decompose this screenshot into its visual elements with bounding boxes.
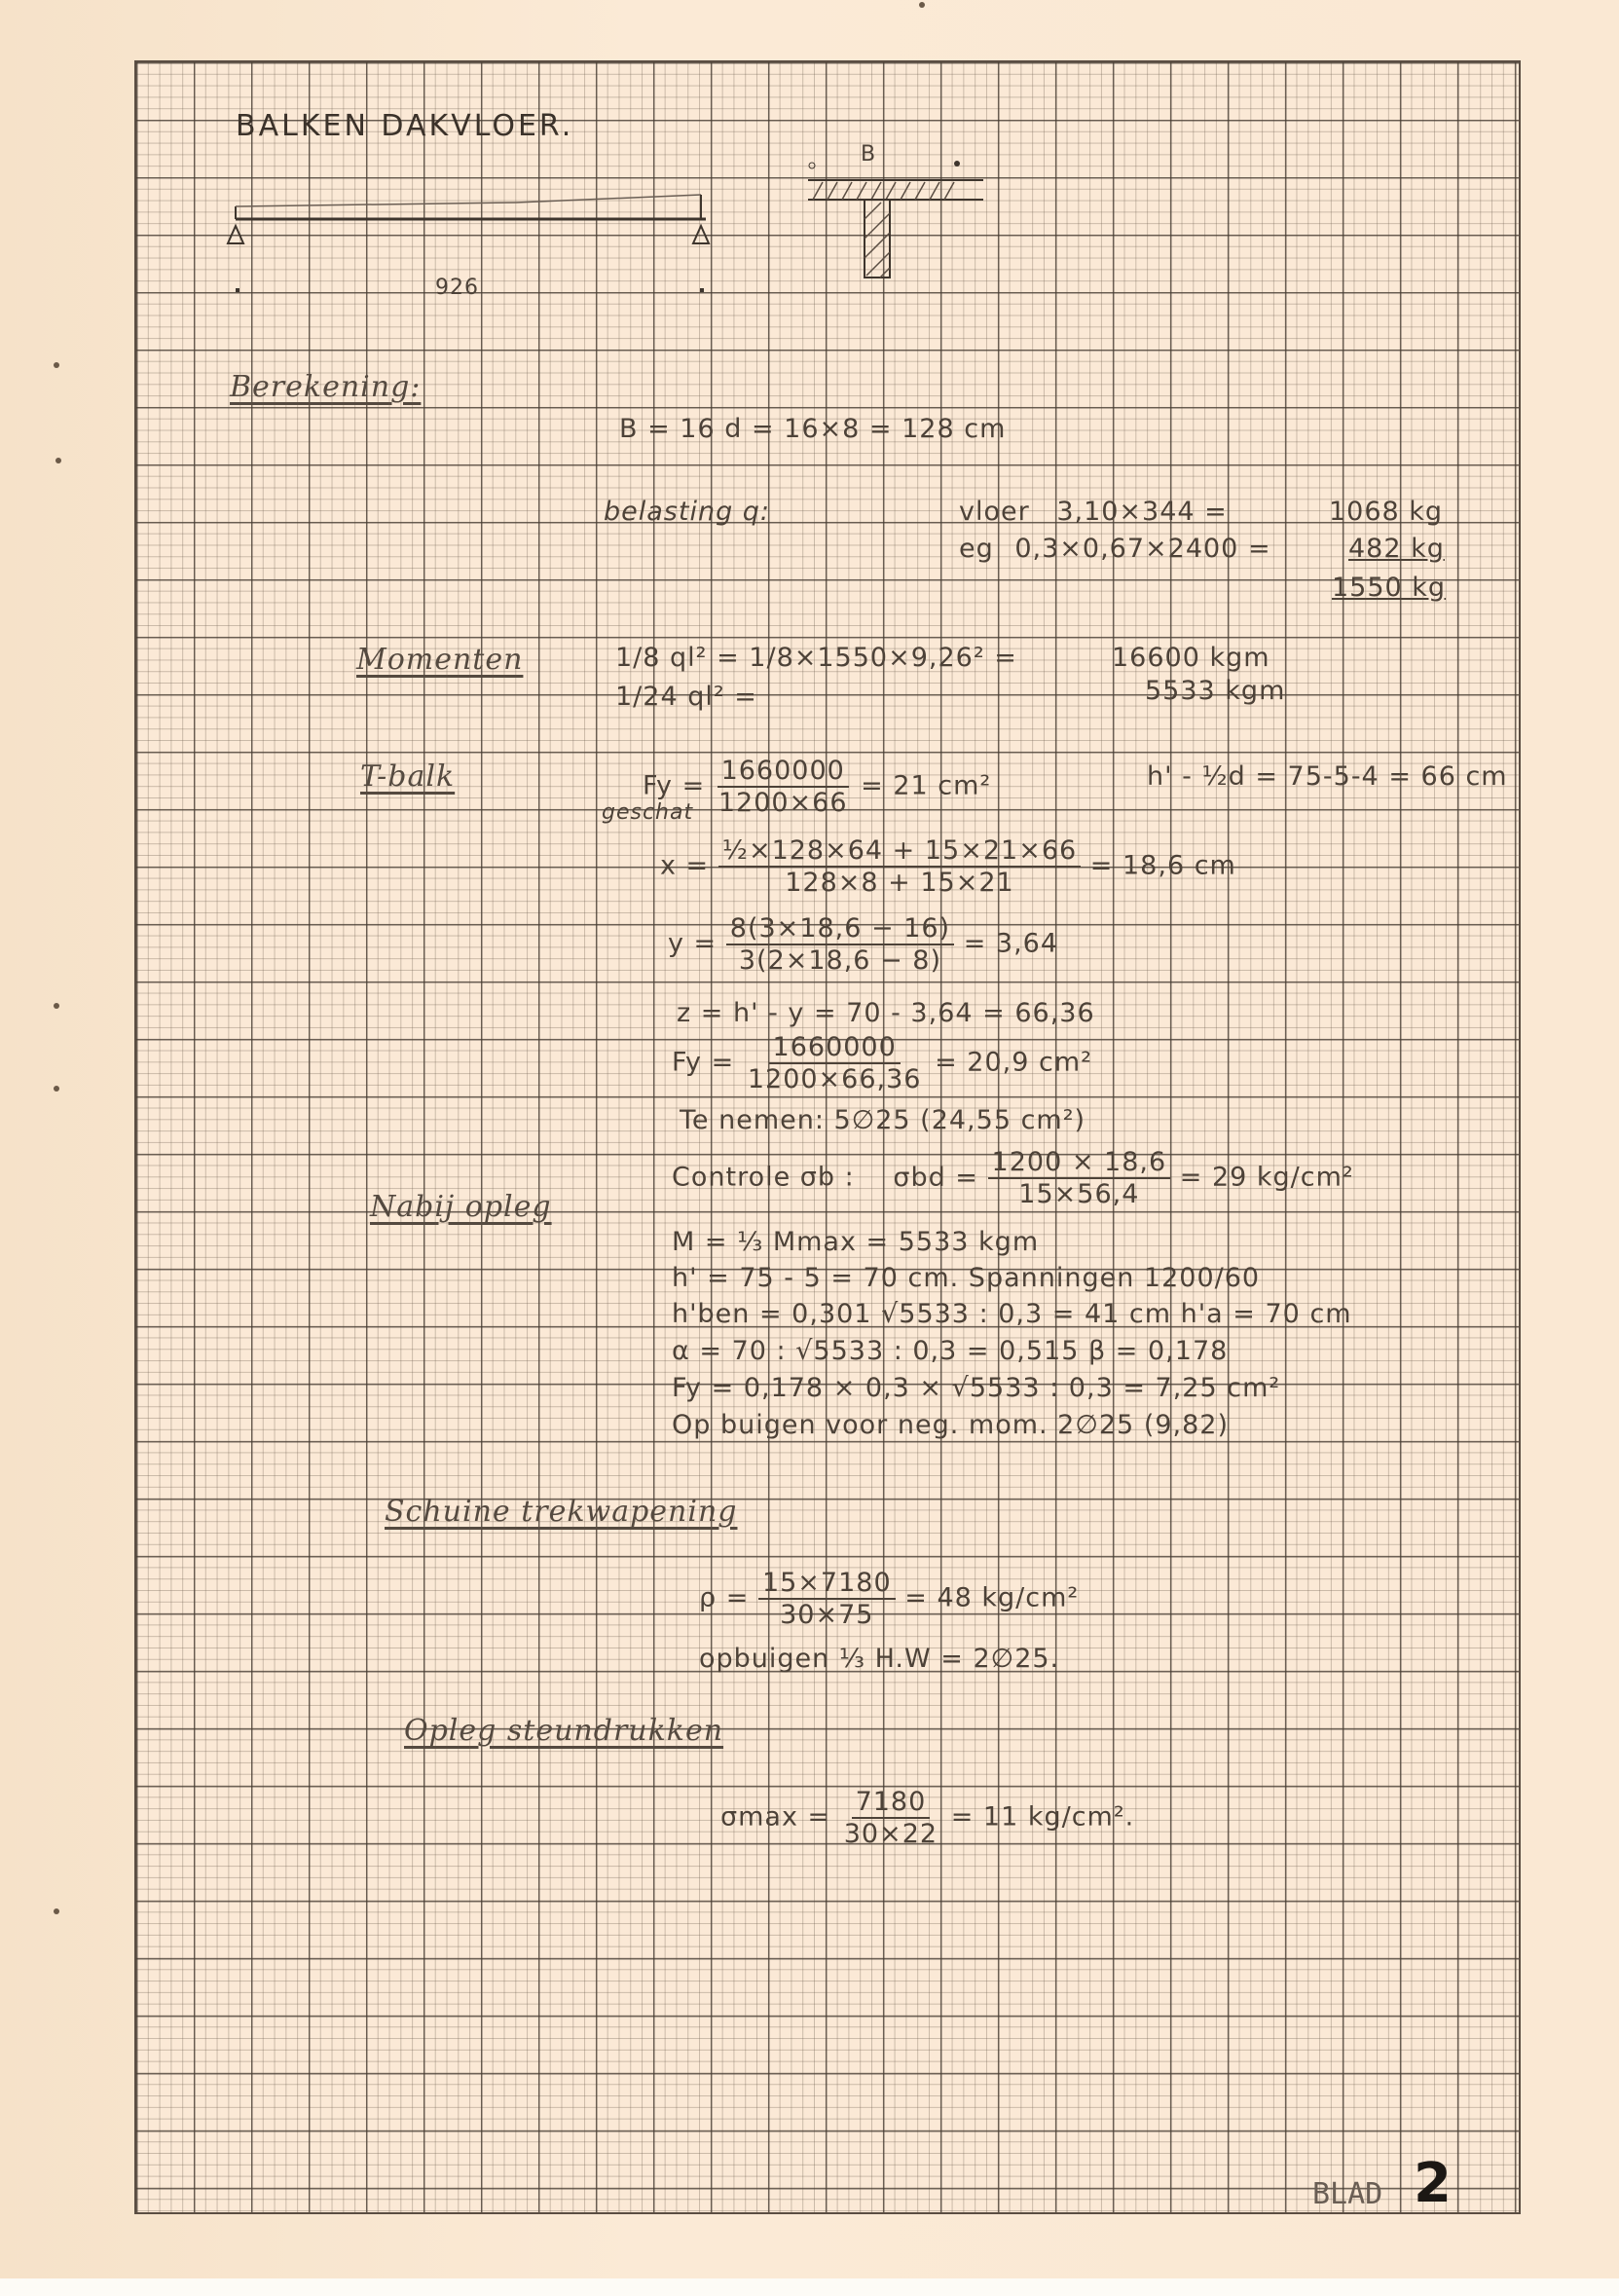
margin-mark xyxy=(55,458,61,463)
fy-denominator: 1200×66 xyxy=(715,788,852,818)
heading-opleg-steundrukken: Opleg steundrukken xyxy=(404,1714,723,1748)
fy-note: geschat xyxy=(602,800,693,825)
y-result: = 3,64 xyxy=(964,929,1058,959)
z-line: z = h' - y = 70 - 3,64 = 66,36 xyxy=(677,998,1095,1028)
load-expr: 0,3×0,67×2400 = xyxy=(1014,534,1270,564)
y-fraction: 8(3×18,6 − 16) 3(2×18,6 − 8) xyxy=(726,913,954,976)
y-label: y = xyxy=(668,929,717,959)
heading-t-balk: T-balk xyxy=(360,759,455,794)
moment-value-1: 16600 kgm xyxy=(1112,643,1270,673)
margin-mark xyxy=(54,1086,59,1092)
moment-line-2: 1/24 ql² = xyxy=(615,682,757,712)
controle-numerator: 1200 × 18,6 xyxy=(988,1147,1171,1179)
effective-height: h' - ½d = 75-5-4 = 66 cm xyxy=(1147,761,1508,792)
bearing-denominator: 30×22 xyxy=(840,1819,941,1849)
fy-final: Fy = 1660000 1200×66,36 = 20,9 cm² xyxy=(672,1032,1092,1094)
p-result: = 48 kg/cm² xyxy=(904,1583,1079,1613)
controle-label: Controle σb : xyxy=(672,1163,855,1193)
te-nemen-line: Te nemen: 5∅25 (24,55 cm²) xyxy=(680,1105,1085,1135)
controle-fraction: 1200 × 18,6 15×56,4 xyxy=(988,1147,1171,1209)
x-numerator: ½×128×64 + 15×21×66 xyxy=(718,835,1081,868)
p-label: ρ = xyxy=(699,1583,749,1613)
opleg-line: α = 70 : √5533 : 0,3 = 0,515 β = 0,178 xyxy=(672,1336,1228,1366)
p-denominator: 30×75 xyxy=(776,1600,877,1630)
opleg-line: M = ⅓ Mmax = 5533 kgm xyxy=(672,1227,1039,1257)
shear-formula: ρ = 15×7180 30×75 = 48 kg/cm² xyxy=(699,1568,1079,1630)
controle-result: = 29 kg/cm² xyxy=(1180,1163,1354,1193)
y-denominator: 3(2×18,6 − 8) xyxy=(735,945,945,976)
load-item: vloer xyxy=(959,497,1030,527)
opleg-line: h' = 75 - 5 = 70 cm. Spanningen 1200/60 xyxy=(672,1263,1260,1293)
section-label: B xyxy=(861,142,876,167)
y-formula: y = 8(3×18,6 − 16) 3(2×18,6 − 8) = 3,64 xyxy=(668,913,1058,976)
p-numerator: 15×7180 xyxy=(758,1568,896,1600)
load-row: vloer 3,10×344 = xyxy=(959,497,1228,527)
controle-denominator: 15×56,4 xyxy=(1014,1179,1143,1209)
margin-mark xyxy=(54,1003,59,1009)
opbuigen-line: opbuigen ⅓ H.W = 2∅25. xyxy=(699,1644,1059,1674)
bearing-lhs: σmax = xyxy=(720,1802,830,1833)
load-label: belasting q: xyxy=(604,497,770,527)
fy2-label: Fy = xyxy=(672,1048,734,1078)
controle-lhs: σbd = xyxy=(893,1163,978,1193)
fy2-numerator: 1660000 xyxy=(769,1032,901,1064)
bearing-stress-formula: σmax = 7180 30×22 = 11 kg/cm². xyxy=(720,1787,1134,1849)
load-item: eg xyxy=(959,534,994,564)
fy-estimate: Fy = 1660000 1200×66 = 21 cm² xyxy=(643,756,991,818)
fy2-denominator: 1200×66,36 xyxy=(744,1064,926,1094)
span-label: 926 xyxy=(435,276,479,300)
heading-nabij-opleg: Nabij opleg xyxy=(370,1190,552,1224)
opleg-line: Fy = 0,178 × 0,3 × √5533 : 0,3 = 7,25 cm… xyxy=(672,1373,1280,1403)
scan-edge xyxy=(0,2278,1619,2296)
opleg-line: Op buigen voor neg. mom. 2∅25 (9,82) xyxy=(672,1410,1229,1440)
fy-fraction: 1660000 1200×66 xyxy=(715,756,852,818)
opleg-line: h'ben = 0,301 √5533 : 0,3 = 41 cm h'a = … xyxy=(672,1299,1352,1329)
controle-line: Controle σb : σbd = 1200 × 18,6 15×56,4 … xyxy=(672,1147,1354,1209)
fy-label: Fy = xyxy=(643,771,705,801)
flange-width-line: B = 16 d = 16×8 = 128 cm xyxy=(619,414,1006,444)
heading-momenten: Momenten xyxy=(356,643,523,677)
load-expr: 3,10×344 = xyxy=(1056,497,1227,527)
y-numerator: 8(3×18,6 − 16) xyxy=(726,913,954,945)
load-value: 1068 kg xyxy=(1329,497,1443,527)
bearing-result: = 11 kg/cm². xyxy=(951,1802,1135,1833)
fy-result: = 21 cm² xyxy=(861,771,991,801)
moment-line-1: 1/8 ql² = 1/8×1550×9,26² = xyxy=(615,643,1017,673)
t-section-diagram xyxy=(798,146,1012,302)
load-value: 482 kg xyxy=(1348,534,1445,564)
top-mark xyxy=(919,2,925,8)
margin-mark xyxy=(54,1908,59,1914)
p-fraction: 15×7180 30×75 xyxy=(758,1568,896,1630)
x-formula: x = ½×128×64 + 15×21×66 128×8 + 15×21 = … xyxy=(660,835,1236,898)
load-total: 1550 kg xyxy=(1332,573,1446,603)
bearing-numerator: 7180 xyxy=(852,1787,931,1819)
x-result: = 18,6 cm xyxy=(1090,851,1236,881)
sheet-number: 2 xyxy=(1414,2152,1452,2215)
heading-schuine-trekwapening: Schuine trekwapening xyxy=(385,1495,738,1529)
fy2-result: = 20,9 cm² xyxy=(935,1048,1092,1078)
x-denominator: 128×8 + 15×21 xyxy=(781,868,1017,898)
heading-berekening: Berekening: xyxy=(230,370,421,404)
moment-value-2: 5533 kgm xyxy=(1145,676,1285,706)
fy-numerator: 1660000 xyxy=(718,756,849,788)
bearing-fraction: 7180 30×22 xyxy=(840,1787,941,1849)
document-title: BALKEN DAKVLOER. xyxy=(236,109,573,143)
x-label: x = xyxy=(660,851,709,881)
load-row: eg 0,3×0,67×2400 = xyxy=(959,534,1271,564)
x-fraction: ½×128×64 + 15×21×66 128×8 + 15×21 xyxy=(718,835,1081,898)
sheet-label: BLAD xyxy=(1312,2177,1382,2211)
margin-mark xyxy=(54,362,59,368)
fy2-fraction: 1660000 1200×66,36 xyxy=(744,1032,926,1094)
